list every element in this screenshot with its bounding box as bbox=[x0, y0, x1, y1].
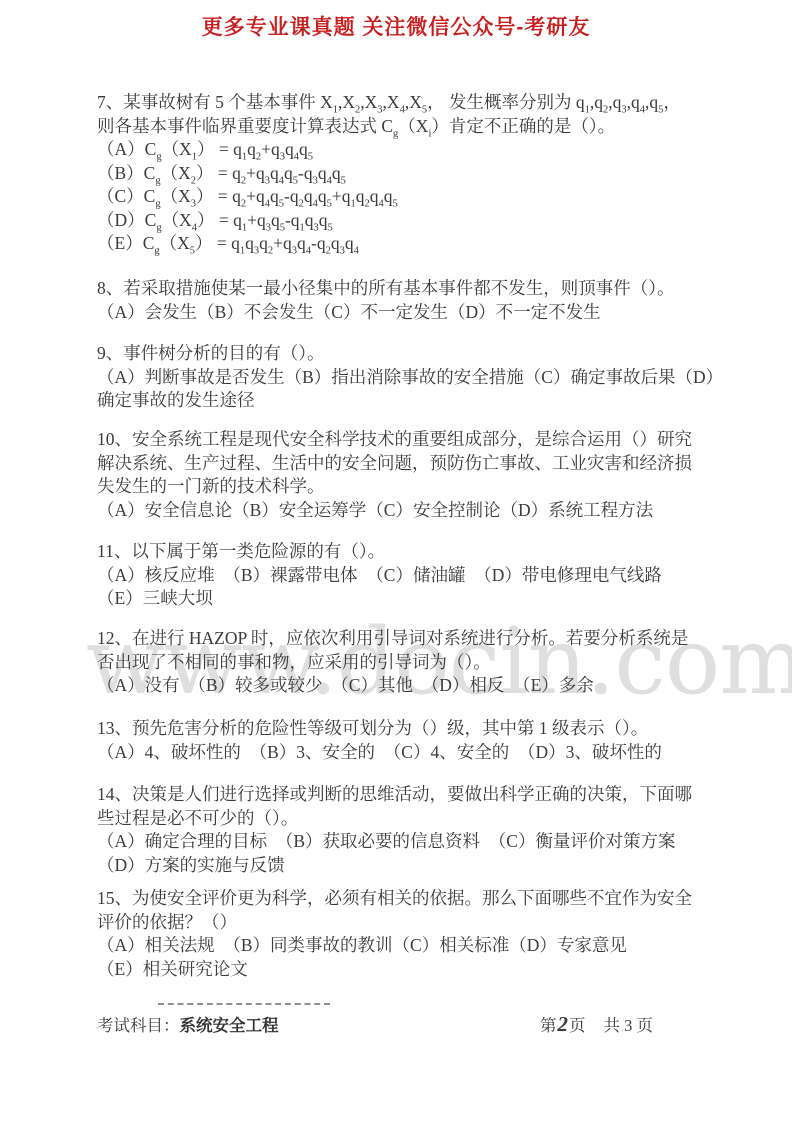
question-7-option-a: （A）Cg（X1） = q1q2+q3q4q5 bbox=[97, 138, 705, 162]
question-8-options: （A）会发生（B）不会发生（C）不一定发生（D）不一定不发生 bbox=[97, 301, 705, 325]
question-7-option-d: （D）Cg（X4） = q1+q3q5-q1q3q5 bbox=[97, 209, 705, 233]
question-11-options: （A）核反应堆 （B）裸露带电体 （C）储油罐 （D）带电修理电气线路 bbox=[97, 564, 705, 588]
question-11-stem-line: 11、以下属于第一类危险源的有（）。 bbox=[97, 540, 705, 564]
question-7-stem-line: 7、某事故树有 5 个基本事件 X1,X2,X3,X4,X5， 发生概率分别为 … bbox=[97, 91, 705, 115]
question-15-stem-line: 评价的依据？（） bbox=[97, 911, 705, 935]
question-9-options: 确定事故的发生途径 bbox=[97, 389, 705, 413]
page-number: 2 bbox=[557, 1012, 570, 1036]
question-13: 13、预先危害分析的危险性等级可划分为（）级，其中第 1 级表示（）。 （A）4… bbox=[97, 717, 705, 764]
question-9: 9、事件树分析的目的有（）。 （A）判断事故是否发生（B）指出消除事故的安全措施… bbox=[97, 342, 705, 413]
question-12-stem-line: 12、在进行 HAZOP 时，应依次利用引导词对系统进行分析。若要分析系统是 bbox=[97, 627, 705, 651]
question-8-stem-line: 8、若采取措施使某一最小径集中的所有基本事件都不发生，则顶事件（）。 bbox=[97, 277, 705, 301]
question-14-stem-line: 些过程是必不可少的（）。 bbox=[97, 807, 705, 831]
question-15-stem-line: 15、为使安全评价更为科学，必须有相关的依据。那么下面哪些不宜作为安全 bbox=[97, 887, 705, 911]
question-10-options: （A）安全信息论（B）安全运筹学（C）安全控制论（D）系统工程方法 bbox=[97, 499, 705, 523]
page-prefix: 第 bbox=[540, 1016, 557, 1035]
exam-subject-label: 考试科目： bbox=[97, 1016, 180, 1035]
question-7: 7、某事故树有 5 个基本事件 X1,X2,X3,X4,X5， 发生概率分别为 … bbox=[97, 91, 705, 256]
question-14: 14、决策是人们进行选择或判断的思维活动，要做出科学正确的决策，下面哪 些过程是… bbox=[97, 783, 705, 877]
question-13-stem-line: 13、预先危害分析的危险性等级可划分为（）级，其中第 1 级表示（）。 bbox=[97, 717, 705, 741]
question-7-option-e: （E）Cg（X5） = q1q3q2+q3q4-q2q3q4 bbox=[97, 232, 705, 256]
question-12: 12、在进行 HAZOP 时，应依次利用引导词对系统进行分析。若要分析系统是 否… bbox=[97, 627, 705, 698]
footer-page-indicator: 第2页共 3 页 bbox=[540, 1012, 653, 1037]
question-9-options: （A）判断事故是否发生（B）指出消除事故的安全措施（C）确定事故后果（D） bbox=[97, 366, 705, 390]
question-7-option-b: （B）Cg（X2） = q2+q3q4q5-q3q4q5 bbox=[97, 162, 705, 186]
question-12-stem-line: 否出现了不相同的事和物，应采用的引导词为（）。 bbox=[97, 651, 705, 675]
question-14-stem-line: 14、决策是人们进行选择或判断的思维活动，要做出科学正确的决策，下面哪 bbox=[97, 783, 705, 807]
question-7-stem-line: 则各基本事件临界重要度计算表达式 Cg（Xi）肯定不正确的是（）。 bbox=[97, 115, 705, 139]
question-15-option-e: （E）相关研究论文 bbox=[97, 958, 705, 982]
question-12-options: （A）没有 （B）较多或较少 （C）其他 （D）相反 （E）多余 bbox=[97, 674, 705, 698]
question-10-stem-line: 10、安全系统工程是现代安全科学技术的重要组成部分，是综合运用（）研究 bbox=[97, 428, 705, 452]
footer-exam-subject: 考试科目：系统安全工程 bbox=[97, 1012, 279, 1036]
question-10: 10、安全系统工程是现代安全科学技术的重要组成部分，是综合运用（）研究 解决系统… bbox=[97, 428, 705, 522]
question-15: 15、为使安全评价更为科学，必须有相关的依据。那么下面哪些不宜作为安全 评价的依… bbox=[97, 887, 705, 981]
question-14-option-d: （D）方案的实施与反馈 bbox=[97, 854, 705, 878]
question-13-options: （A）4、破坏性的 （B）3、安全的 （C）4、安全的 （D）3、破坏性的 bbox=[97, 741, 705, 765]
exam-paper-page: 更多专业课真题 关注微信公众号-考研友 www.docin.com 7、某事故树… bbox=[0, 0, 792, 1122]
question-11-option-e: （E）三峡大坝 bbox=[97, 587, 705, 611]
question-10-stem-line: 失发生的一门新的技术科学。 bbox=[97, 475, 705, 499]
question-7-option-c: （C）Cg（X3） = q2+q4q5-q2q4q5+q1q2q4q5 bbox=[97, 185, 705, 209]
question-10-stem-line: 解决系统、生产过程、生活中的安全问题，预防伤亡事故、工业灾害和经济损 bbox=[97, 452, 705, 476]
page-suffix: 页 bbox=[569, 1016, 586, 1035]
footer-rule bbox=[158, 1003, 330, 1005]
question-14-options: （A）确定合理的目标 （B）获取必要的信息资料 （C）衡量评价对策方案 bbox=[97, 830, 705, 854]
page-total: 共 3 页 bbox=[604, 1016, 654, 1035]
question-8: 8、若采取措施使某一最小径集中的所有基本事件都不发生，则顶事件（）。 （A）会发… bbox=[97, 277, 705, 324]
exam-subject-value: 系统安全工程 bbox=[180, 1016, 279, 1035]
header-promo-text: 更多专业课真题 关注微信公众号-考研友 bbox=[0, 11, 792, 41]
question-11: 11、以下属于第一类危险源的有（）。 （A）核反应堆 （B）裸露带电体 （C）储… bbox=[97, 540, 705, 611]
question-9-stem-line: 9、事件树分析的目的有（）。 bbox=[97, 342, 705, 366]
question-15-options: （A）相关法规 （B）同类事故的教训（C）相关标准（D）专家意见 bbox=[97, 934, 705, 958]
